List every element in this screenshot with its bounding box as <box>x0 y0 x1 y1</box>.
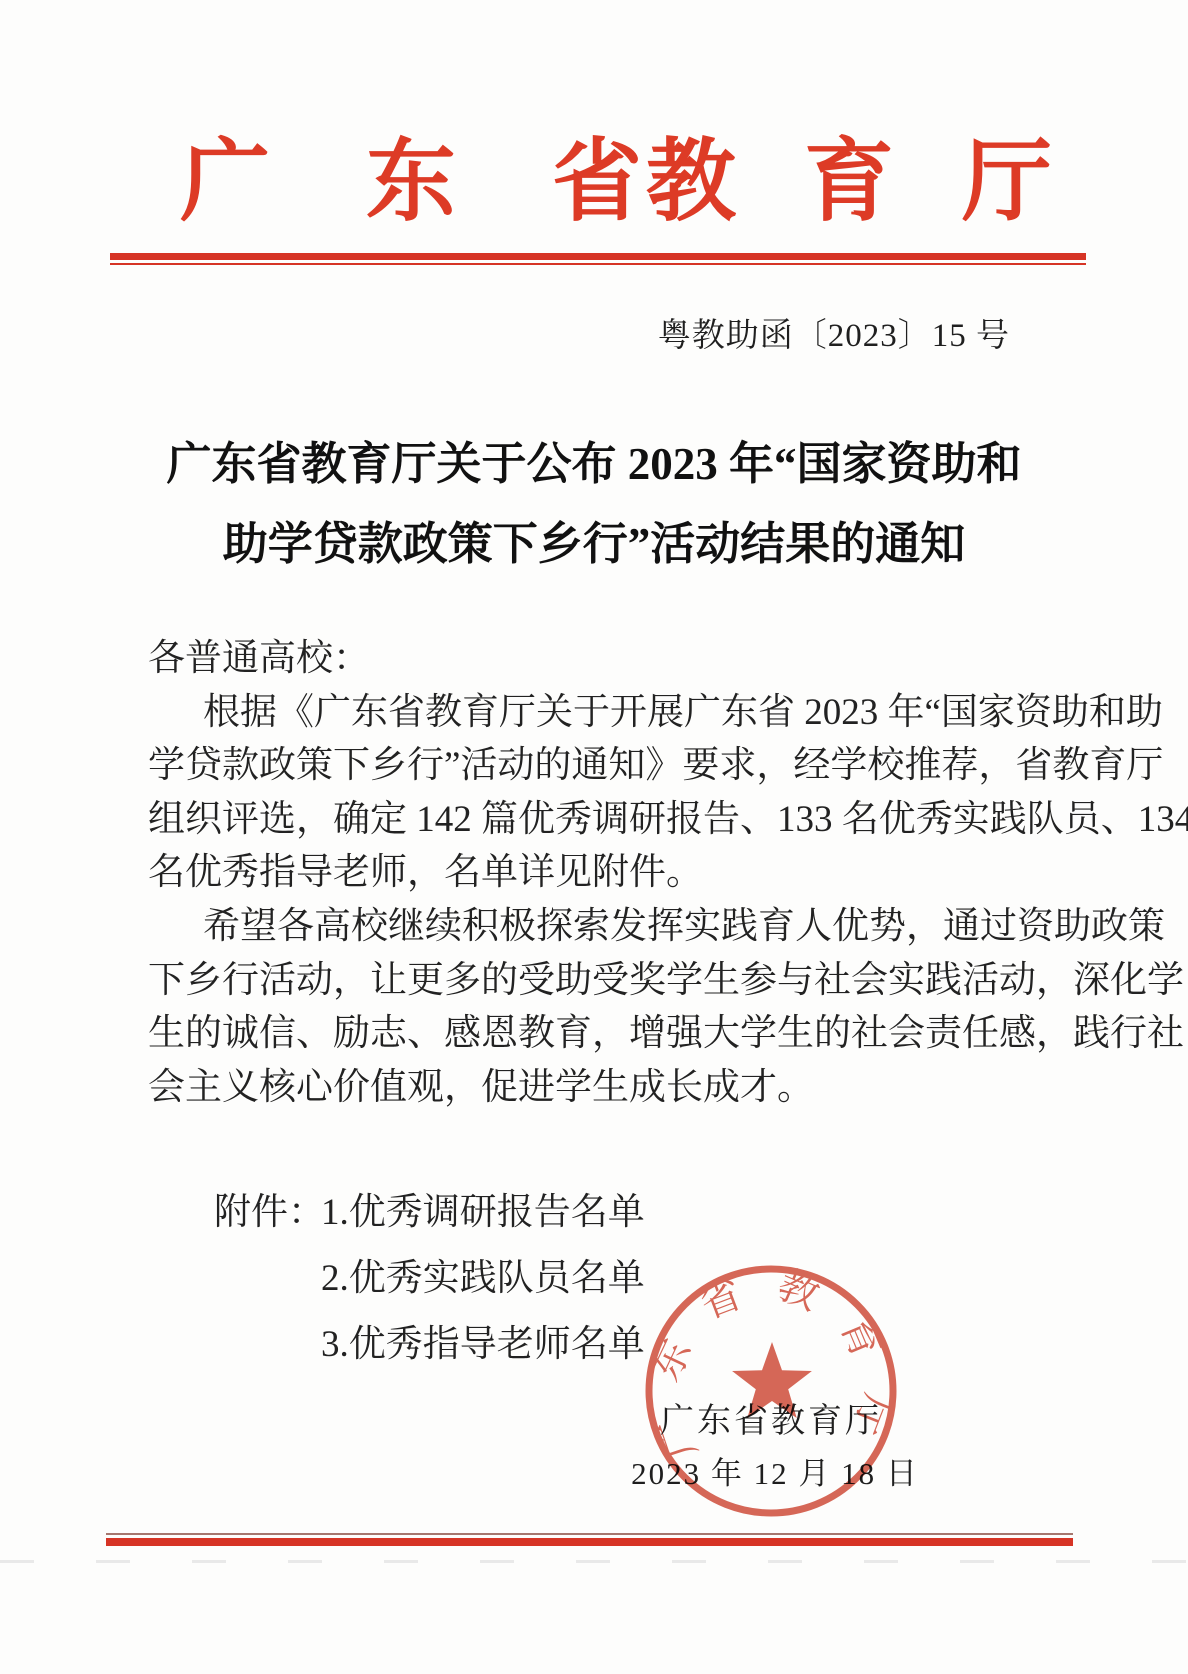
body-line: 组织评选，确定 142 篇优秀调研报告、133 名优秀实践队员、134 <box>148 793 1043 847</box>
body-line: 会主义核心价值观，促进学生成长成才。 <box>148 1061 1043 1115</box>
letterhead-char: 教 <box>646 138 736 228</box>
attachment-item: 1.优秀调研报告名单 <box>321 1180 645 1246</box>
attachment-item: 3.优秀指导老师名单 <box>321 1312 645 1378</box>
body-line: 下乡行活动，让更多的受助受奖学生参与社会实践活动，深化学 <box>148 954 1043 1008</box>
header-rule-thin-line <box>110 263 1086 265</box>
letterhead-char: 育 <box>804 138 894 228</box>
document-number: 粤教助函〔2023〕15 号 <box>658 317 1010 357</box>
body-line: 生的诚信、励志、感恩教育，增强大学生的社会责任感，践行社 <box>148 1007 1043 1061</box>
body-line: 希望各高校继续积极探索发挥实践育人优势，通过资助政策 <box>148 900 1043 954</box>
signature-date: 2023 年 12 月 18 日 <box>575 1448 975 1493</box>
letterhead-char: 广 <box>180 138 270 228</box>
attachments-label: 附件： <box>214 1180 325 1246</box>
document-title-line2: 助学贷款政策下乡行”活动结果的通知 <box>0 504 1188 584</box>
letterhead-char: 省 <box>552 138 642 228</box>
attachments-section: 附件： 1.优秀调研报告名单 2.优秀实践队员名单 3.优秀指导老师名单 <box>214 1180 645 1378</box>
header-rule-thick-line <box>110 253 1086 260</box>
footer-rule <box>106 1533 1073 1546</box>
official-document-page: 广 东 省 教 育 厅 粤教助函〔2023〕15 号 广东省教育厅关于公布 20… <box>0 0 1188 1674</box>
document-body: 各普通高校： 根据《广东省教育厅关于开展广东省 2023 年“国家资助和助 学贷… <box>148 632 1043 1114</box>
attachment-item: 2.优秀实践队员名单 <box>321 1246 645 1312</box>
attachments-list: 1.优秀调研报告名单 2.优秀实践队员名单 3.优秀指导老师名单 <box>321 1180 645 1378</box>
document-title-line1: 广东省教育厅关于公布 2023 年“国家资助和 <box>0 424 1188 504</box>
footer-rule-thick-line <box>106 1538 1073 1546</box>
body-line: 根据《广东省教育厅关于开展广东省 2023 年“国家资助和助 <box>148 686 1043 740</box>
salutation: 各普通高校： <box>148 632 1043 686</box>
signature-organization: 广东省教育厅 <box>571 1393 971 1442</box>
letterhead-char: 东 <box>366 138 456 228</box>
letterhead-char: 厅 <box>962 138 1052 228</box>
scan-noise <box>0 1560 1188 1563</box>
body-line: 学贷款政策下乡行”活动的通知》要求，经学校推荐，省教育厅 <box>148 739 1043 793</box>
header-rule <box>110 253 1086 265</box>
document-title: 广东省教育厅关于公布 2023 年“国家资助和 助学贷款政策下乡行”活动结果的通… <box>0 424 1188 584</box>
body-line: 名优秀指导老师，名单详见附件。 <box>148 846 1043 900</box>
